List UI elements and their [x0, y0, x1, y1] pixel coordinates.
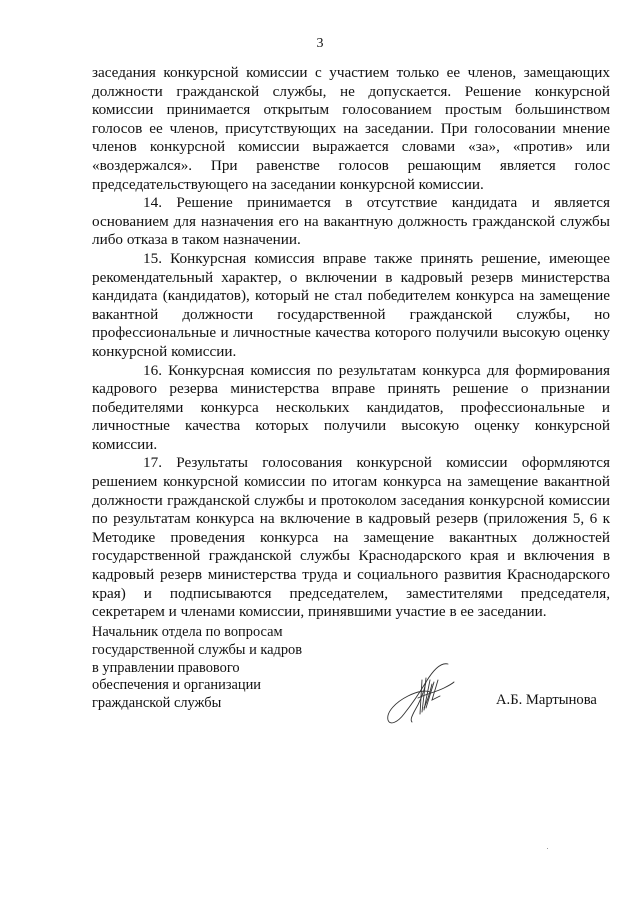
- document-body: заседания конкурсной комиссии с участием…: [92, 64, 610, 622]
- paragraph-16: 16. Конкурсная комиссия по результатам к…: [92, 362, 610, 455]
- page-number: 3: [0, 36, 640, 52]
- position-line: гражданской службы: [92, 695, 302, 713]
- position-line: обеспечения и организации: [92, 677, 302, 695]
- signer-name: А.Б. Мартынова: [496, 692, 597, 709]
- position-line: Начальник отдела по вопросам: [92, 624, 302, 642]
- signatory-position: Начальник отдела по вопросам государстве…: [92, 624, 302, 713]
- handwritten-signature-icon: [382, 658, 462, 730]
- position-line: в управлении правового: [92, 660, 302, 678]
- paragraph-continuation: заседания конкурсной комиссии с участием…: [92, 64, 610, 194]
- position-line: государственной службы и кадров: [92, 642, 302, 660]
- scan-artifact: [547, 848, 548, 849]
- paragraph-14: 14. Решение принимается в отсутствие кан…: [92, 194, 610, 250]
- paragraph-15: 15. Конкурсная комиссия вправе также при…: [92, 250, 610, 362]
- paragraph-17: 17. Результаты голосования конкурсной ко…: [92, 454, 610, 621]
